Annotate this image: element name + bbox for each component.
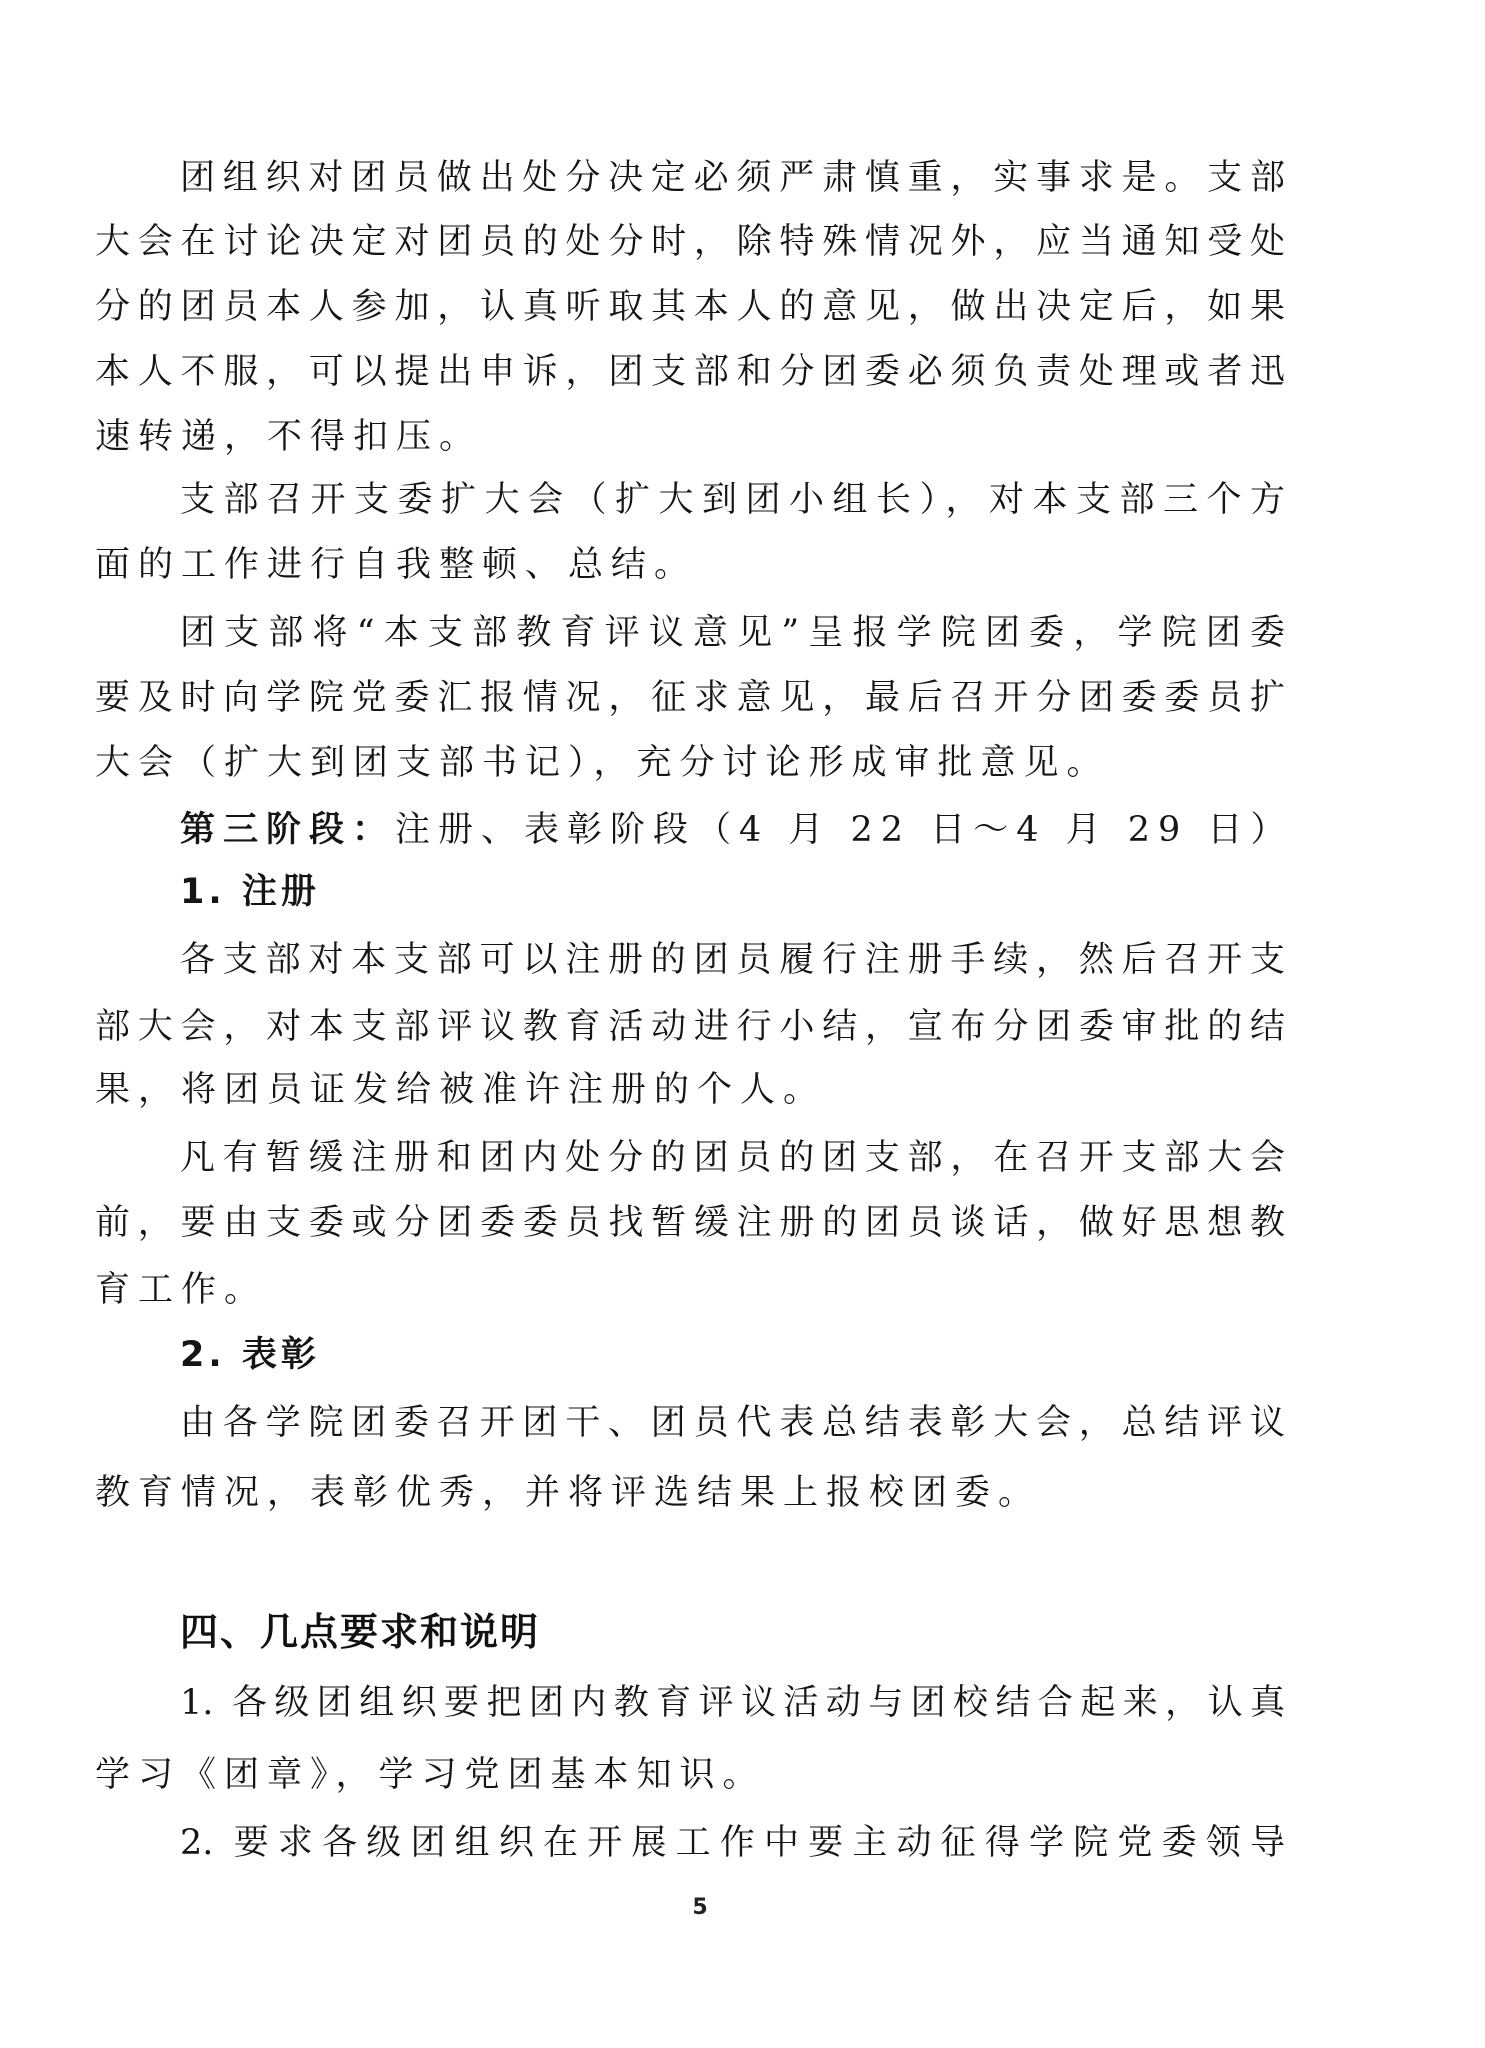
paragraph-line: 前，要由支委或分团委委员找暂缓注册的团员谈话，做好思想教 — [95, 1197, 1285, 1249]
paragraph-line: 凡有暂缓注册和团内处分的团员的团支部，在召开支部大会 — [180, 1132, 1285, 1184]
paragraph-line: 各支部对本支部可以注册的团员履行注册手续，然后召开支 — [180, 934, 1285, 986]
stage-label: 第三阶段： — [180, 810, 395, 850]
page-number: 5 — [688, 1893, 712, 1923]
paragraph-line: 大会（扩大到团支部书记），充分讨论形成审批意见。 — [95, 737, 1285, 789]
section-heading-register: 1. 注册 — [180, 866, 1285, 918]
section-heading-commend: 2. 表彰 — [180, 1329, 1285, 1381]
paragraph-line: 本人不服，可以提出申诉，团支部和分团委必须负责处理或者迅 — [95, 346, 1285, 398]
paragraph-line: 1. 各级团组织要把团内教育评议活动与团校结合起来，认真 — [180, 1677, 1285, 1729]
paragraph-line: 团支部将“本支部教育评议意见”呈报学院团委，学院团委 — [180, 607, 1285, 659]
paragraph-line: 由各学院团委召开团干、团员代表总结表彰大会，总结评议 — [180, 1397, 1285, 1449]
paragraph-line: 大会在讨论决定对团员的处分时，除特殊情况外，应当通知受处 — [95, 216, 1285, 268]
paragraph-line: 育工作。 — [95, 1264, 1285, 1316]
document-page: 团组织对团员做出处分决定必须严肃慎重，实事求是。支部 大会在讨论决定对团员的处分… — [0, 0, 1485, 2048]
paragraph-line: 要及时向学院党委汇报情况，征求意见，最后召开分团委委员扩 — [95, 672, 1285, 724]
stage-title: 注册、表彰阶段（4 月 22 日～4 月 29 日） — [395, 810, 1293, 850]
paragraph-line: 团组织对团员做出处分决定必须严肃慎重，实事求是。支部 — [180, 152, 1285, 204]
paragraph-line: 学习《团章》，学习党团基本知识。 — [95, 1749, 1285, 1801]
paragraph-line: 分的团员本人参加，认真听取其本人的意见，做出决定后，如果 — [95, 281, 1285, 333]
paragraph-line: 支部召开支委扩大会（扩大到团小组长），对本支部三个方 — [180, 474, 1285, 526]
paragraph-line: 面的工作进行自我整顿、总结。 — [95, 539, 1285, 591]
stage-heading: 第三阶段：注册、表彰阶段（4 月 22 日～4 月 29 日） — [180, 804, 1285, 856]
part-heading: 四、几点要求和说明 — [180, 1604, 540, 1660]
paragraph-line: 2. 要求各级团组织在开展工作中要主动征得学院党委领导 — [180, 1817, 1285, 1869]
paragraph-line: 教育情况，表彰优秀，并将评选结果上报校团委。 — [95, 1467, 1285, 1519]
paragraph-line: 部大会，对本支部评议教育活动进行小结，宣布分团委审批的结 — [95, 1001, 1285, 1053]
paragraph-line: 果，将团员证发给被准许注册的个人。 — [95, 1064, 1285, 1116]
paragraph-line: 速转递，不得扣压。 — [95, 411, 1285, 463]
